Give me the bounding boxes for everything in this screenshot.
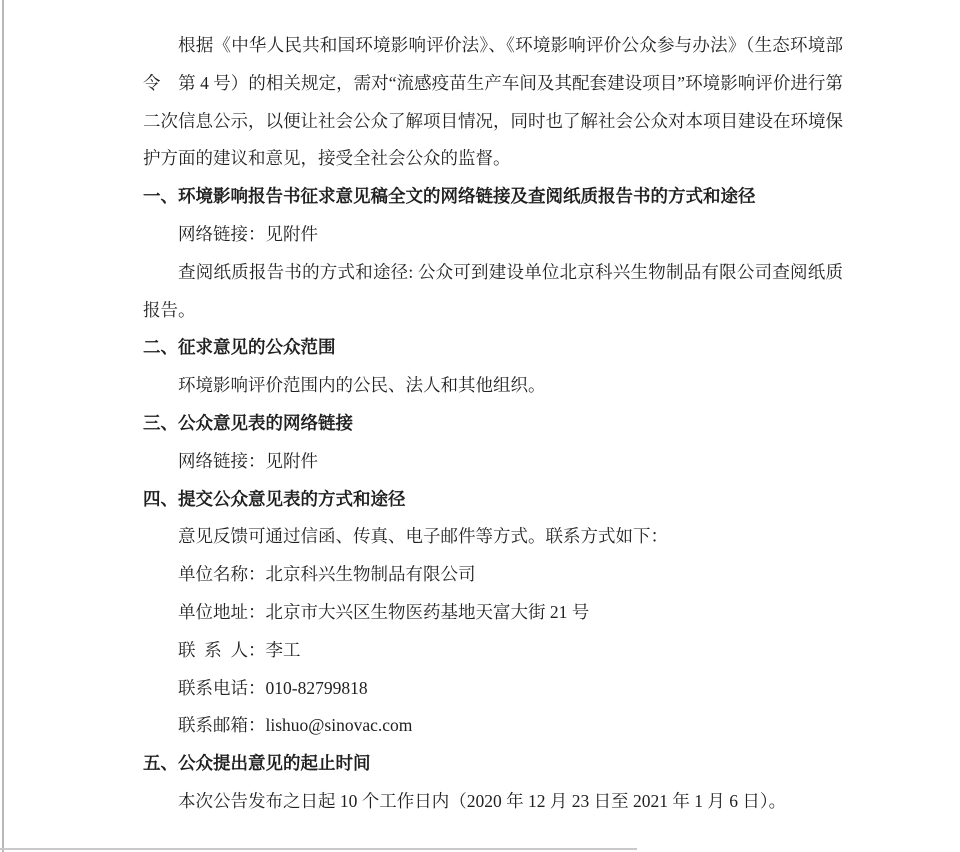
intro-paragraph: 根据《中华人民共和国环境影响评价法》、《环境影响评价公众参与办法》（生态环境部令… <box>143 27 843 178</box>
page-left-edge-line <box>2 0 4 852</box>
section-3-heading: 三、公众意见表的网络链接 <box>143 405 843 443</box>
section-4-heading: 四、提交公众意见表的方式和途径 <box>143 481 843 519</box>
contact-person-paragraph: 联 系 人：李工 <box>143 632 843 670</box>
section-2-heading: 二、征求意见的公众范围 <box>143 329 843 367</box>
public-scope-paragraph: 环境影响评价范围内的公民、法人和其他组织。 <box>143 367 843 405</box>
contact-email-paragraph: 联系邮箱：lishuo@sinovac.com <box>143 707 843 745</box>
section-5-heading: 五、公众提出意见的起止时间 <box>143 745 843 783</box>
network-link-paragraph-1: 网络链接：见附件 <box>143 216 843 254</box>
network-link-paragraph-2: 网络链接：见附件 <box>143 443 843 481</box>
feedback-methods-paragraph: 意见反馈可通过信函、传真、电子邮件等方式。联系方式如下： <box>143 518 843 556</box>
page-bottom-edge-line <box>0 848 637 850</box>
notice-document: 根据《中华人民共和国环境影响评价法》、《环境影响评价公众参与办法》（生态环境部令… <box>143 27 843 821</box>
comment-period-paragraph: 本次公告发布之日起 10 个工作日内（2020 年 12 月 23 日至 202… <box>143 783 843 821</box>
company-address-paragraph: 单位地址：北京市大兴区生物医药基地天富大街 21 号 <box>143 594 843 632</box>
company-name-paragraph: 单位名称：北京科兴生物制品有限公司 <box>143 556 843 594</box>
paper-report-paragraph: 查阅纸质报告书的方式和途径: 公众可到建设单位北京科兴生物制品有限公司查阅纸质报… <box>143 254 843 330</box>
section-1-heading: 一、环境影响报告书征求意见稿全文的网络链接及查阅纸质报告书的方式和途径 <box>143 178 843 216</box>
contact-phone-paragraph: 联系电话：010-82799818 <box>143 670 843 708</box>
